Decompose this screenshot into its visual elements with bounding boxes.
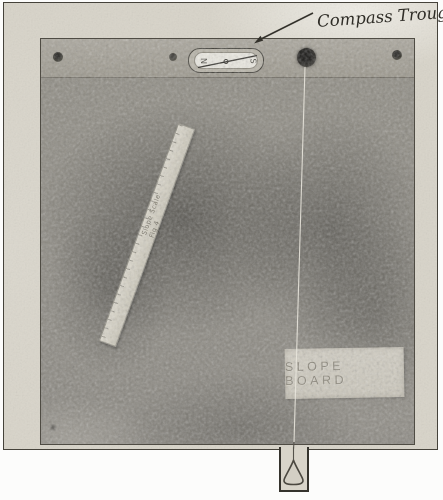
screw-icon xyxy=(169,53,177,61)
plumb-line-knob xyxy=(297,48,316,67)
screw-icon xyxy=(392,50,402,60)
compass-trough-annotation: Compass Trough xyxy=(317,2,443,31)
plumb-bob-icon xyxy=(279,447,309,492)
compass-trough: N S xyxy=(188,48,264,73)
surface-stain xyxy=(49,423,57,432)
screw-icon xyxy=(53,52,63,62)
photo-plate: N S Slope Scale Fig 4 SLOPE BOARD xyxy=(3,2,438,450)
slope-board: N S Slope Scale Fig 4 SLOPE BOARD xyxy=(40,38,415,445)
trough-south-marking: S xyxy=(248,58,256,63)
slope-board-nameplate: SLOPE BOARD xyxy=(284,346,404,398)
ruler-label: Slope Scale Fig 4 xyxy=(140,130,193,239)
plumb-bob-slot xyxy=(279,447,309,492)
trough-north-marking: N xyxy=(198,58,206,64)
figure-canvas: N S Slope Scale Fig 4 SLOPE BOARD xyxy=(0,0,443,500)
nameplate-text: SLOPE BOARD xyxy=(284,357,403,387)
slope-scale-ruler: Slope Scale Fig 4 xyxy=(98,122,194,346)
